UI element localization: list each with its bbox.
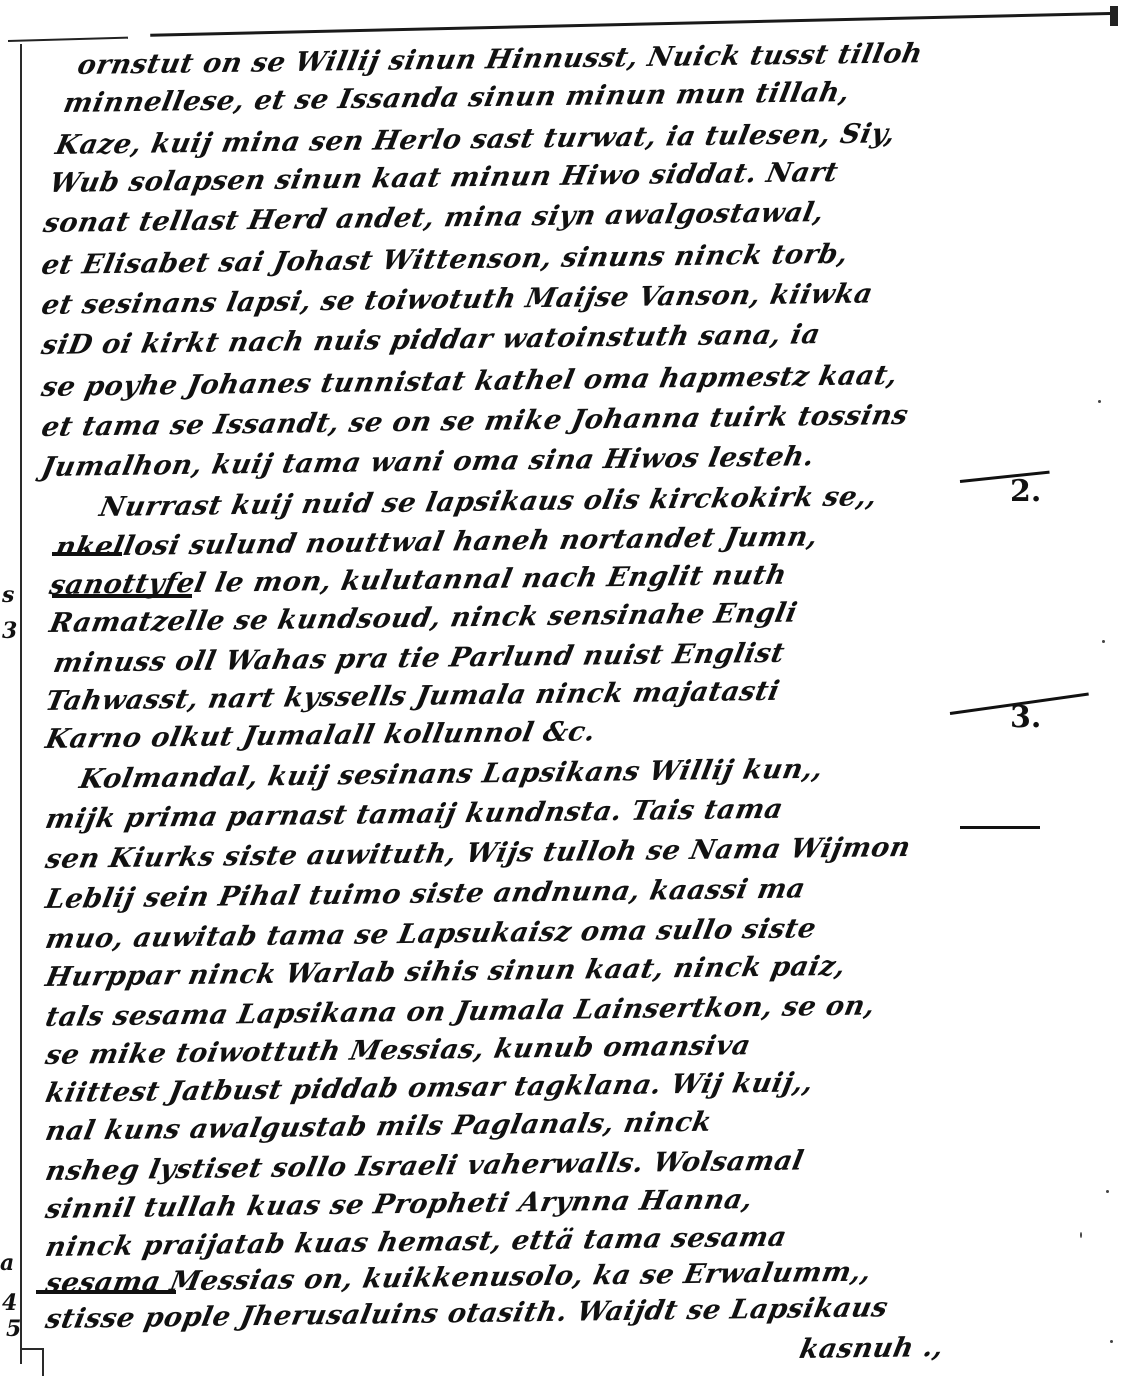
manuscript-line: Hurppar ninck Warlab sihis sinun kaat, n… — [43, 951, 849, 993]
left-marginalia: s — [2, 582, 14, 608]
manuscript-line: ornstut on se Willij sinun Hinnusst, Nui… — [75, 38, 925, 81]
manuscript-line: Jumalhon, kuij tama wani oma sina Hiwos … — [39, 441, 817, 483]
margin-rule-foot-vertical — [42, 1348, 44, 1376]
manuscript-line: Leblij sein Pihal tuimo siste andnuna, k… — [43, 873, 808, 915]
page-top-edge-right — [150, 12, 1110, 37]
manuscript-line: Ramatzelle se kundsoud, ninck sensinahe … — [47, 598, 800, 639]
manuscript-line: et Elisabet sai Johast Wittenson, sinuns… — [39, 239, 851, 281]
left-margin-rule — [20, 44, 22, 1364]
manuscript-line: kiittest Jatbust piddab omsar tagklana. … — [43, 1067, 816, 1109]
strikethrough-stroke — [36, 1290, 176, 1294]
manuscript-line: siD oi kirkt nach nuis piddar watoinstut… — [39, 319, 823, 361]
underline-stroke — [52, 552, 122, 556]
manuscript-line: tals sesama Lapsikana on Jumala Lainsert… — [43, 990, 878, 1033]
left-marginalia: 3 — [2, 618, 17, 644]
manuscript-page: ornstut on se Willij sinun Hinnusst, Nui… — [0, 0, 1122, 1376]
manuscript-line: et tama se Issandt, se on se mike Johann… — [39, 400, 911, 443]
manuscript-line: sonat tellast Herd andet, mina siyn awal… — [41, 197, 827, 239]
manuscript-line: Karno olkut Jumalall kollunnol &c. — [43, 716, 599, 755]
manuscript-line: stisse pople Jherusaluins otasith. Waijd… — [43, 1292, 891, 1335]
manuscript-line: minuss oll Wahas pra tie Parlund nuist E… — [51, 638, 788, 679]
left-marginalia: a — [0, 1250, 14, 1276]
manuscript-line: nsheg lystiset sollo Israeli vaherwalls.… — [43, 1145, 807, 1187]
manuscript-line: muo, auwitab tama se Lapsukaisz oma sull… — [43, 913, 819, 955]
manuscript-line: Tahwasst, nart kyssells Jumala ninck maj… — [43, 676, 783, 717]
page-top-edge-left — [8, 37, 128, 42]
manuscript-line: kasnuh ., — [797, 1332, 947, 1365]
manuscript-line: Nurrast kuij nuid se lapsikaus olis kirc… — [97, 481, 880, 523]
manuscript-line: sinnil tullah kuas se Propheti Arynna Ha… — [43, 1184, 756, 1225]
scan-speck — [1080, 1232, 1082, 1238]
scan-speck — [1110, 1340, 1113, 1343]
scan-speck — [1106, 1190, 1109, 1193]
manuscript-line: et sesinans lapsi, se toiwotuth Maijse V… — [39, 278, 876, 321]
manuscript-line: sen Kiurks siste auwituth, Wijs tulloh s… — [43, 832, 913, 875]
manuscript-line: minnellese, et se Issanda sinun minun mu… — [61, 77, 853, 119]
manuscript-line: Kaze, kuij mina sen Herlo sast turwat, i… — [53, 118, 898, 161]
manuscript-line: Kolmandal, kuij sesinans Lapsikans Willi… — [77, 754, 826, 795]
manuscript-line: nkellosi sulund nouttwal haneh nortandet… — [53, 521, 821, 563]
left-marginalia: 5 — [6, 1316, 21, 1342]
manuscript-line: Wub solapsen sinun kaat minun Hiwo sidda… — [47, 157, 841, 199]
scan-speck — [1102, 640, 1105, 643]
page-corner-mark — [1110, 6, 1118, 26]
left-marginalia: 4 — [2, 1290, 17, 1316]
manuscript-line: nal kuns awalgustab mils Paglanals, ninc… — [43, 1107, 715, 1147]
manuscript-line: se mike toiwottuth Messias, kunub omansi… — [43, 1030, 754, 1071]
strikethrough-stroke — [960, 826, 1040, 829]
margin-rule-foot — [20, 1348, 44, 1350]
manuscript-line: mijk prima parnast tamaij kundnsta. Tais… — [43, 794, 786, 835]
manuscript-line: ninck praijatab kuas hemast, että tama s… — [43, 1222, 790, 1263]
scan-speck — [1098, 400, 1101, 403]
strikethrough-stroke — [52, 594, 192, 598]
manuscript-line: se poyhe Johanes tunnistat kathel oma ha… — [39, 360, 900, 403]
section-number: 2. — [1010, 474, 1041, 509]
